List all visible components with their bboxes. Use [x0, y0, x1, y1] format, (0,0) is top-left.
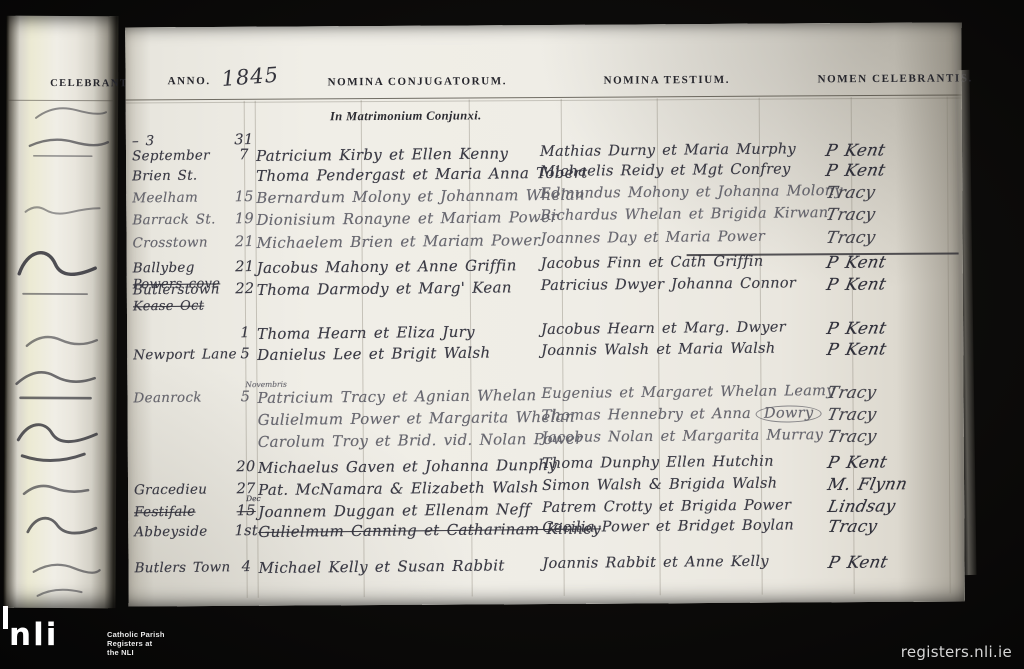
row-celebrant: Tracy	[826, 426, 962, 446]
row-witnesses-group: Simon Walsh & Brigida Walsh	[542, 475, 834, 494]
nli-caption-line: Catholic Parish	[107, 630, 165, 639]
row-couple: Michaelus Gaven et Johanna Dunphy	[258, 456, 558, 477]
row-couple: Gulielmum Power et Margarita Whelan	[258, 408, 558, 429]
row-couple: Michael Kelly et Susan Rabbit	[258, 556, 558, 577]
row-place: Brien St.	[132, 167, 248, 184]
row-witnesses: Jacobus Nolan et Margarita Murray	[542, 427, 824, 446]
row-witnesses-group: Michaelis Reidy et Mgt Confrey	[540, 161, 832, 180]
row-celebrant: Lindsay	[826, 496, 962, 516]
row-witnesses: Patricius Dwyer Johanna Connor	[541, 275, 796, 294]
row-celebrant: P Kent	[825, 339, 961, 359]
row-celebrant: P Kent	[826, 452, 962, 472]
row-couple: Gulielmum Canning et Catharinam Kinney	[258, 520, 558, 541]
scanned-register-image: CELEBRANTIS, ANNO.	[0, 0, 1024, 669]
illegible-signatures	[3, 16, 118, 609]
row-witnesses-group: Mathias Durny et Maria Murphy	[540, 141, 832, 160]
row-witnesses-group: Jacobus Nolan et Margarita Murray	[542, 427, 834, 446]
row-witnesses-group: Richardus Whelan et Brigida Kirwan	[540, 205, 832, 224]
rows-layer: – 331September7Patricium Kirby et Ellen …	[125, 22, 965, 606]
nli-caption-line: the NLI	[107, 648, 165, 657]
register-page: ANNO. 1845 NOMINA CONJUGATORUM. NOMINA T…	[125, 22, 965, 606]
row-witnesses-group: Jacobus Hearn et Marg. Dwyer	[541, 319, 833, 338]
row-couple: Dionisium Ronayne et Mariam Power	[256, 208, 556, 229]
row-couple: Jacobus Mahony et Anne Griffin	[257, 256, 557, 277]
row-witnesses-group: Joannis Walsh et Maria Walsh	[541, 340, 833, 359]
nli-logo: nli Catholic Parish Registers at the NLI	[2, 606, 202, 666]
row-witnesses: Patrem Crotty et Brigida Power	[542, 497, 791, 516]
row-celebrant: P Kent	[825, 274, 961, 294]
row-witnesses-group: Patricius Dwyer Johanna Connor	[541, 275, 833, 294]
row-day-note: Novembris	[245, 380, 287, 389]
nli-logo-bar	[3, 606, 8, 629]
row-celebrant: Tracy	[826, 382, 962, 402]
row-witnesses: Jacobus Finn et Cath Griffin	[541, 254, 764, 272]
site-watermark: registers.nli.ie	[901, 643, 1012, 661]
row-couple: Thoma Pendergast et Maria Anna Tobert	[256, 164, 556, 185]
row-witnesses: Cecilia Power et Bridget Boylan	[542, 517, 794, 536]
row-celebrant: Tracy	[825, 227, 961, 247]
row-couple: Patricium Kirby et Ellen Kenny	[256, 144, 556, 165]
row-celebrant: P Kent	[827, 552, 963, 572]
row-couple: Patricium Tracy et Agnian Whelan	[257, 386, 557, 407]
row-witnesses: Joannis Rabbit et Anne Kelly	[542, 554, 768, 572]
row-witnesses-group: Joannes Day et Maria Power	[540, 228, 832, 247]
row-witnesses-group: Joannis Rabbit et Anne Kelly	[542, 553, 834, 572]
register-row: Butlers Town4Michael Kelly et Susan Rabb…	[128, 552, 964, 581]
row-couple: Joannem Duggan et Ellenam Neff	[258, 500, 558, 521]
row-couple: Michaelem Brien et Mariam Power	[256, 231, 556, 252]
previous-page-edge: CELEBRANTIS,	[3, 16, 118, 609]
row-witnesses: Joannes Day et Maria Power	[540, 229, 765, 247]
row-witnesses-group: Patrem Crotty et Brigida Power	[542, 497, 834, 516]
nli-logo-text: nli	[9, 620, 58, 651]
row-witnesses-group: Edmundus Mohony et Johanna Molony	[540, 183, 832, 202]
row-couple: Thoma Hearn et Eliza Jury	[257, 322, 557, 343]
row-celebrant: P Kent	[825, 318, 961, 338]
row-witnesses: Michaelis Reidy et Mgt Confrey	[540, 161, 791, 180]
row-place2: Kease Oct	[133, 298, 249, 314]
nli-caption-line: Registers at	[107, 639, 165, 648]
row-day: 31	[222, 132, 266, 148]
row-couple: Danielus Lee et Brigit Walsh	[257, 343, 557, 364]
row-witnesses-group: Thomas Hennebry et AnnaDowry	[542, 405, 834, 425]
row-couple: Bernardum Molony et Johannam Whelan	[256, 186, 556, 207]
row-witnesses: Richardus Whelan et Brigida Kirwan	[540, 205, 828, 224]
row-witnesses: Thoma Dunphy Ellen Hutchin	[542, 454, 774, 472]
row-couple: Thoma Darmody et Marg' Kean	[257, 278, 557, 299]
row-witnesses-group: Cecilia Power et Bridget Boylan	[542, 517, 834, 536]
row-witnesses: Thomas Hennebry et Anna	[542, 406, 752, 424]
row-couple: Pat. McNamara & Elizabeth Walsh	[258, 478, 558, 499]
row-celebrant: P Kent	[824, 160, 960, 180]
row-witnesses: Jacobus Hearn et Marg. Dwyer	[541, 319, 786, 338]
row-witnesses: Mathias Durny et Maria Murphy	[540, 141, 796, 160]
row-witnesses-group: Eugenius et Margaret Whelan Leamy	[541, 383, 833, 402]
row-witnesses: Eugenius et Margaret Whelan Leamy	[541, 383, 834, 402]
row-celebrant: Tracy	[824, 204, 960, 224]
row-witnesses-group: Thoma Dunphy Ellen Hutchin	[542, 453, 834, 472]
row-celebrant: M. Flynn	[826, 474, 962, 494]
row-day-note: Dec	[246, 494, 261, 503]
row-witnesses: Joannis Walsh et Maria Walsh	[541, 341, 775, 359]
row-witnesses-circled: Dowry	[756, 405, 822, 423]
nli-caption: Catholic Parish Registers at the NLI	[107, 630, 165, 657]
row-witnesses: Edmundus Mohony et Johanna Molony	[540, 183, 843, 202]
row-celebrant: Tracy	[824, 182, 960, 202]
row-celebrant: P Kent	[824, 140, 960, 160]
row-couple: Carolum Troy et Brid. vid. Nolan Power	[258, 430, 558, 451]
row-celebrant: Tracy	[826, 516, 962, 536]
row-celebrant: Tracy	[826, 404, 962, 424]
row-witnesses: Simon Walsh & Brigida Walsh	[542, 476, 777, 494]
